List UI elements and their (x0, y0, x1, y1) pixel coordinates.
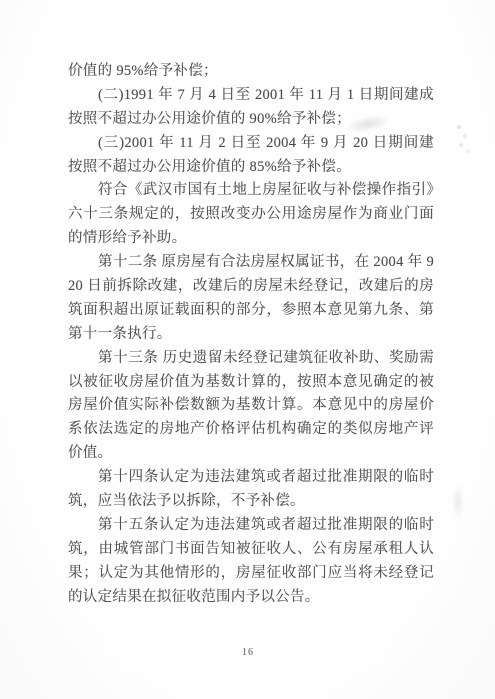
text-line: (三)2001 年 11 月 2 日至 2004 年 9 月 20 日期间建成的… (68, 132, 434, 156)
text-line: 第十一条执行。 (68, 323, 434, 347)
scanned-document-page: 价值的 95%给予补偿； (二)1991 年 7 月 4 日至 2001 年 1… (0, 0, 495, 699)
text-line: 符合《武汉市国有土地上房屋征收与补偿操作指引》第 (68, 179, 434, 203)
text-line: (二)1991 年 7 月 4 日至 2001 年 11 月 1 日期间建成的， (68, 84, 434, 108)
text-line: 果；认定为其他情形的，房屋征收部门应当将未经登记建筑 (68, 562, 434, 586)
text-line: 价值的 95%给予补偿； (68, 60, 434, 84)
text-line: 以被征收房屋价值为基数计算的，按照本意见确定的被征收 (68, 371, 434, 395)
text-line: 筑，应当依法予以拆除，不予补偿。 (68, 490, 434, 514)
page-number: 16 (236, 647, 260, 658)
text-line: 房屋价值实际补偿数额为基数计算。本意见中的房屋价值， (68, 394, 434, 418)
scan-artifact-dots (457, 125, 461, 129)
text-line: 第十四条认定为违法建筑或者超过批准期限的临时建 (68, 466, 434, 490)
text-line: 的认定结果在拟征收范围内予以公告。 (68, 586, 434, 610)
text-line: 按照不超过办公用途价值的 90%给予补偿； (68, 108, 434, 132)
text-line: 第十三条 历史遗留未经登记建筑征收补助、奖励需要 (68, 347, 434, 371)
text-line: 筑面积超出原证载面积的部分，参照本意见第九条、第十条、 (68, 299, 434, 323)
text-line: 六十三条规定的，按照改变办公用途房屋作为商业门面使用 (68, 203, 434, 227)
text-line: 20 日前拆除改建，改建后的房屋未经登记，改建后的房屋建 (68, 275, 434, 299)
text-line: 第十二条 原房屋有合法房屋权属证书，在 2004 年 9 月 (68, 251, 434, 275)
text-line: 系依法选定的房地产价格评估机构确定的类似房地产评估 (68, 418, 434, 442)
text-line: 按照不超过办公用途价值的 85%给予补偿。 (68, 156, 434, 180)
document-body: 价值的 95%给予补偿； (二)1991 年 7 月 4 日至 2001 年 1… (68, 60, 434, 609)
text-line: 的情形给予补助。 (68, 227, 434, 251)
text-line: 筑，由城管部门书面告知被征收人、公有房屋承租人认定结 (68, 538, 434, 562)
text-line: 价值。 (68, 442, 434, 466)
scan-artifact-edge (452, 484, 464, 520)
text-line: 第十五条认定为违法建筑或者超过批准期限的临时建 (68, 514, 434, 538)
